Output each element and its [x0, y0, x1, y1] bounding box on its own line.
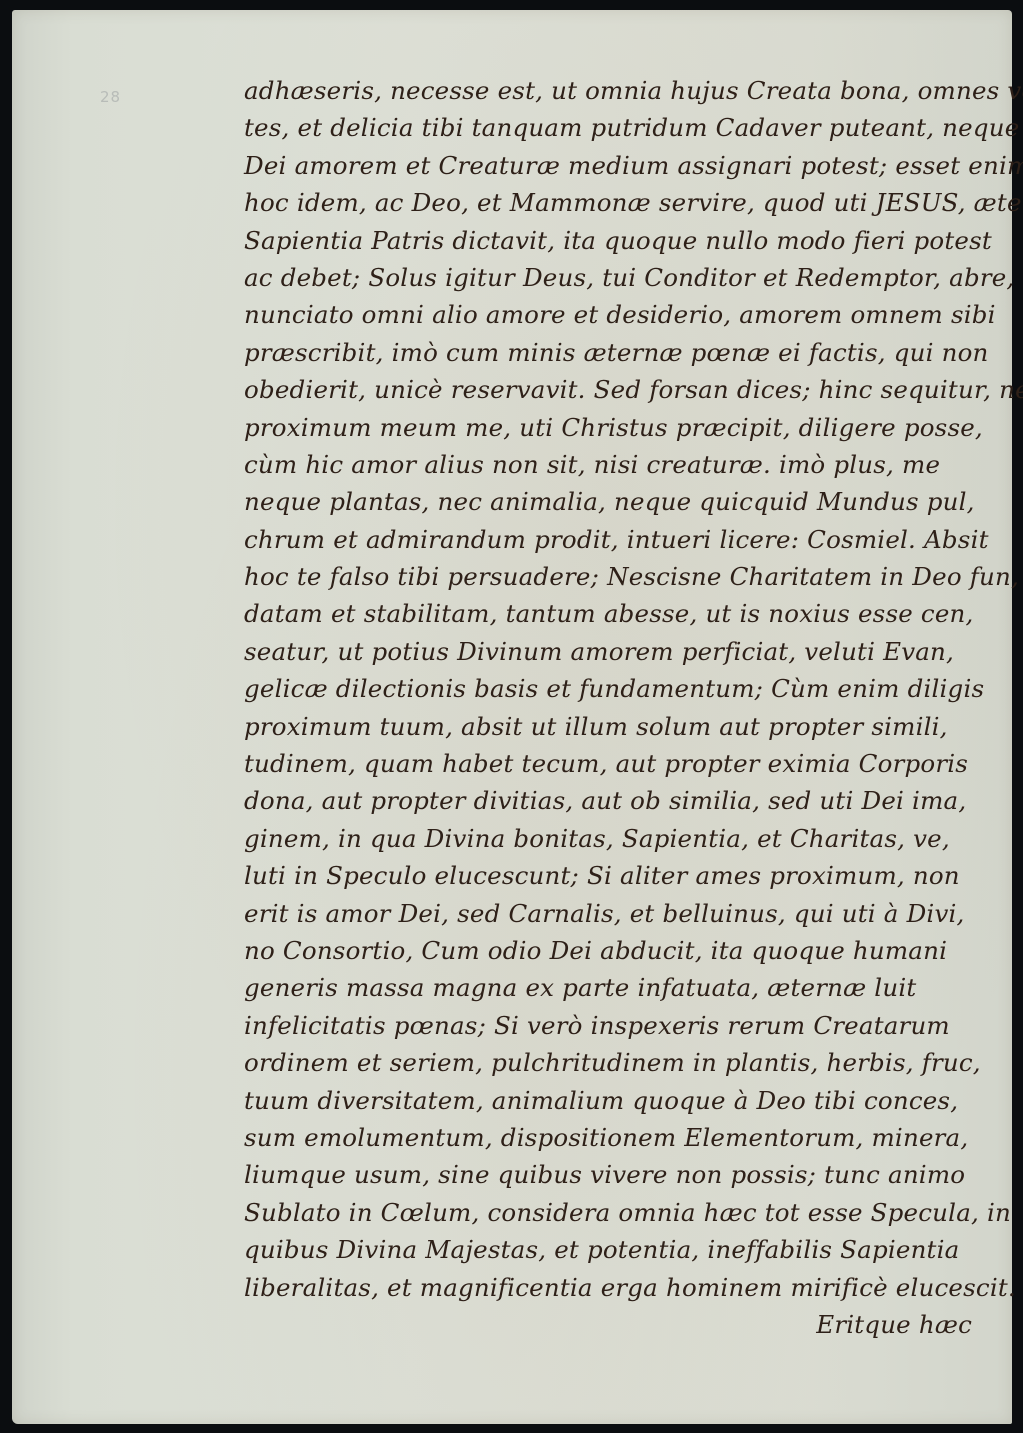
manuscript-text: adhæseris, necesse est, ut omnia hujus C… — [244, 72, 984, 1343]
text-line: nunciato omni alio amore et desiderio, a… — [244, 296, 984, 333]
text-line: Dei amorem et Creaturæ medium assignari … — [244, 147, 984, 184]
text-line: datam et stabilitam, tantum abesse, ut i… — [244, 595, 984, 632]
folio-number: 28 — [100, 88, 121, 106]
text-line: liumque usum, sine quibus vivere non pos… — [244, 1156, 984, 1193]
text-line: proximum meum me, uti Christus præcipit,… — [244, 409, 984, 446]
text-line: seatur, ut potius Divinum amorem perfici… — [244, 633, 984, 670]
text-line: tudinem, quam habet tecum, aut propter e… — [244, 745, 984, 782]
text-line: adhæseris, necesse est, ut omnia hujus C… — [244, 72, 984, 109]
text-line: Sublato in Cœlum, considera omnia hæc to… — [244, 1194, 984, 1231]
text-line: chrum et admirandum prodit, intueri lice… — [244, 521, 984, 558]
text-line: gelicæ dilectionis basis et fundamentum;… — [244, 670, 984, 707]
text-line: Sapientia Patris dictavit, ita quoque nu… — [244, 222, 984, 259]
text-line: infelicitatis pœnas; Si verò inspexeris … — [244, 1007, 984, 1044]
text-line: quibus Divina Majestas, et potentia, ine… — [244, 1231, 984, 1268]
text-line: ordinem et seriem, pulchritudinem in pla… — [244, 1044, 984, 1081]
text-line: generis massa magna ex parte infatuata, … — [244, 969, 984, 1006]
text-line: ac debet; Solus igitur Deus, tui Condito… — [244, 259, 984, 296]
text-line: ginem, in qua Divina bonitas, Sapientia,… — [244, 820, 984, 857]
text-line: no Consortio, Cum odio Dei abducit, ita … — [244, 932, 984, 969]
text-line: liberalitas, et magnificentia erga homin… — [244, 1269, 984, 1306]
catchword: Eritque hæc — [244, 1306, 984, 1343]
text-line: proximum tuum, absit ut illum solum aut … — [244, 708, 984, 745]
text-line: tuum diversitatem, animalium quoque à De… — [244, 1082, 984, 1119]
text-line: cùm hic amor alius non sit, nisi creatur… — [244, 446, 984, 483]
text-line: hoc idem, ac Deo, et Mammonæ servire, qu… — [244, 184, 984, 221]
text-line: erit is amor Dei, sed Carnalis, et bellu… — [244, 895, 984, 932]
text-line: obedierit, unicè reservavit. Sed forsan … — [244, 371, 984, 408]
text-line: præscribit, imò cum minis æternæ pœnæ ei… — [244, 334, 984, 371]
text-line: neque plantas, nec animalia, neque quicq… — [244, 483, 984, 520]
text-line: sum emolumentum, dispositionem Elementor… — [244, 1119, 984, 1156]
text-line: dona, aut propter divitias, aut ob simil… — [244, 782, 984, 819]
text-line: tes, et delicia tibi tanquam putridum Ca… — [244, 109, 984, 146]
text-line: luti in Speculo elucescunt; Si aliter am… — [244, 857, 984, 894]
text-line: hoc te falso tibi persuadere; Nescisne C… — [244, 558, 984, 595]
manuscript-page: 28 adhæseris, necesse est, ut omnia huju… — [12, 10, 1012, 1424]
